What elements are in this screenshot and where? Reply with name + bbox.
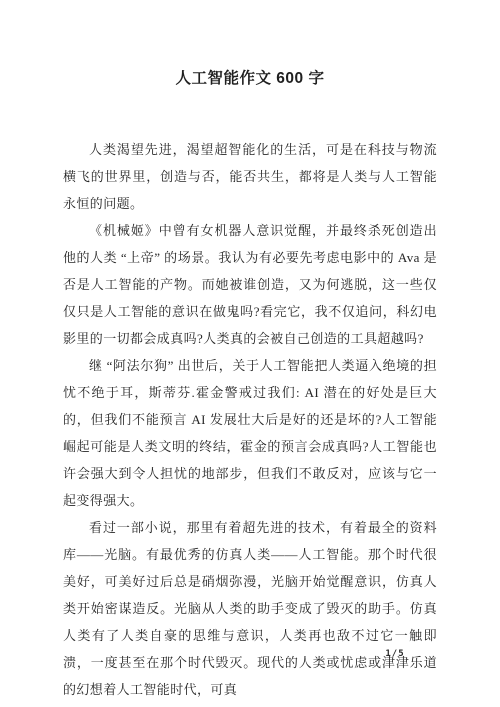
essay-body: 人类渴望先进，渴望超智能化的生活，可是在科技与物流横飞的世界里，创造与否，能否共… xyxy=(63,136,437,703)
essay-paragraph: 看过一部小说，那里有着超先进的技术，有着最全的资料库——光脑。有最优秀的仿真人类… xyxy=(63,514,437,703)
essay-paragraph: 人类渴望先进，渴望超智能化的生活，可是在科技与物流横飞的世界里，创造与否，能否共… xyxy=(63,136,437,217)
essay-paragraph: 《机械姬》中曾有女机器人意识觉醒，并最终杀死创造出他的人类 “上帝” 的场景。我… xyxy=(63,217,437,352)
essay-title: 人工智能作文 600 字 xyxy=(0,66,500,88)
document-page: 人工智能作文 600 字 人类渴望先进，渴望超智能化的生活，可是在科技与物流横飞… xyxy=(0,0,500,707)
essay-paragraph: 继 “阿法尔狗” 出世后，关于人工智能把人类逼入绝境的担忧不绝于耳，斯蒂芬.霍金… xyxy=(63,352,437,514)
page-number: 1/5 xyxy=(340,649,450,659)
